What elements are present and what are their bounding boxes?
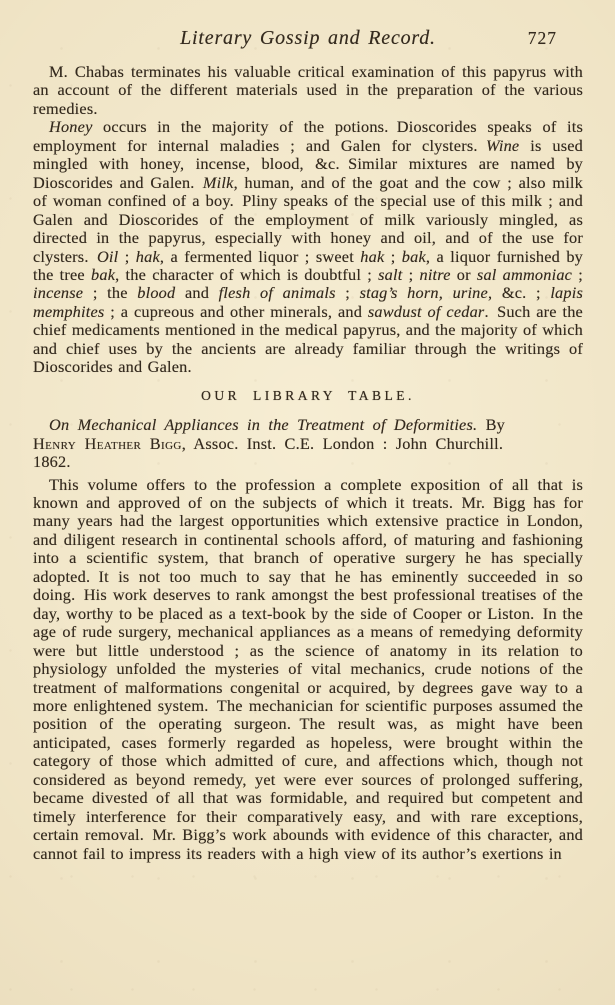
journal-title: Literary Gossip and Record.: [33, 27, 583, 50]
page-body: M. Chabas terminates his valuable critic…: [33, 63, 583, 863]
book-citation: On Mechanical Appliances in the Treatmen…: [33, 416, 583, 471]
page-number: 727: [528, 28, 557, 49]
article-continuation: M. Chabas terminates his valuable critic…: [33, 63, 583, 377]
scanned-book-page: Literary Gossip and Record. 727 M. Chaba…: [0, 0, 615, 1005]
running-header: Literary Gossip and Record. 727: [33, 27, 583, 52]
paragraph-chabas: M. Chabas terminates his valuable critic…: [33, 63, 583, 118]
section-heading: OUR LIBRARY TABLE.: [33, 387, 583, 405]
paragraph-review: This volume offers to the profession a c…: [33, 476, 583, 864]
paragraph-remedies: Honey occurs in the majority of the poti…: [33, 118, 583, 376]
library-table-section: OUR LIBRARY TABLE. On Mechanical Applian…: [33, 387, 583, 863]
